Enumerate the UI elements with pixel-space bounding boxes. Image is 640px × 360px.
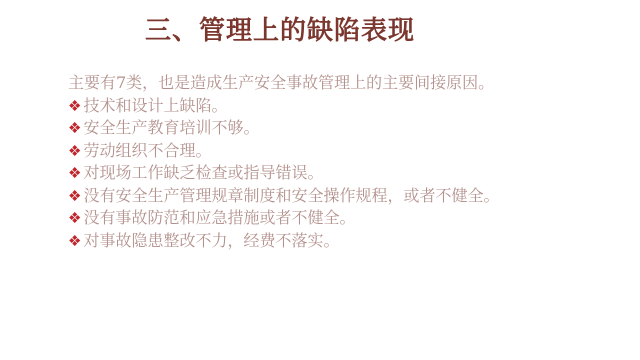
bullet-item: ❖ 没有事故防范和应急措施或者不健全。 bbox=[68, 207, 624, 230]
bullet-text: 技术和设计上缺陷。 bbox=[83, 95, 227, 118]
diamond-bullet-icon: ❖ bbox=[68, 140, 81, 163]
diamond-bullet-icon: ❖ bbox=[68, 207, 81, 230]
slide-title: 三、管理上的缺陷表现 bbox=[0, 10, 600, 47]
diamond-bullet-icon: ❖ bbox=[68, 230, 81, 253]
bullet-item: ❖ 对事故隐患整改不力，经费不落实。 bbox=[68, 230, 624, 253]
bullet-item: ❖ 没有安全生产管理规章制度和安全操作规程，或者不健全。 bbox=[68, 185, 624, 208]
bullet-text: 没有安全生产管理规章制度和安全操作规程，或者不健全。 bbox=[83, 185, 499, 208]
slide-body: 主要有7类，也是造成生产安全事故管理上的主要间接原因。 ❖ 技术和设计上缺陷。 … bbox=[68, 72, 624, 252]
diamond-bullet-icon: ❖ bbox=[68, 162, 81, 185]
bullet-text: 没有事故防范和应急措施或者不健全。 bbox=[83, 207, 355, 230]
bullet-text: 劳动组织不合理。 bbox=[83, 140, 211, 163]
bullet-item: ❖ 技术和设计上缺陷。 bbox=[68, 95, 624, 118]
diamond-bullet-icon: ❖ bbox=[68, 185, 81, 208]
bullet-text: 对现场工作缺乏检查或指导错误。 bbox=[83, 162, 323, 185]
bullet-item: ❖ 对现场工作缺乏检查或指导错误。 bbox=[68, 162, 624, 185]
bullet-text: 对事故隐患整改不力，经费不落实。 bbox=[83, 230, 339, 253]
bullet-text: 安全生产教育培训不够。 bbox=[83, 117, 259, 140]
bullet-item: ❖ 安全生产教育培训不够。 bbox=[68, 117, 624, 140]
diamond-bullet-icon: ❖ bbox=[68, 95, 81, 118]
intro-text: 主要有7类，也是造成生产安全事故管理上的主要间接原因。 bbox=[68, 72, 624, 95]
presentation-slide: 三、管理上的缺陷表现 主要有7类，也是造成生产安全事故管理上的主要间接原因。 ❖… bbox=[0, 0, 640, 360]
diamond-bullet-icon: ❖ bbox=[68, 117, 81, 140]
bullet-item: ❖ 劳动组织不合理。 bbox=[68, 140, 624, 163]
